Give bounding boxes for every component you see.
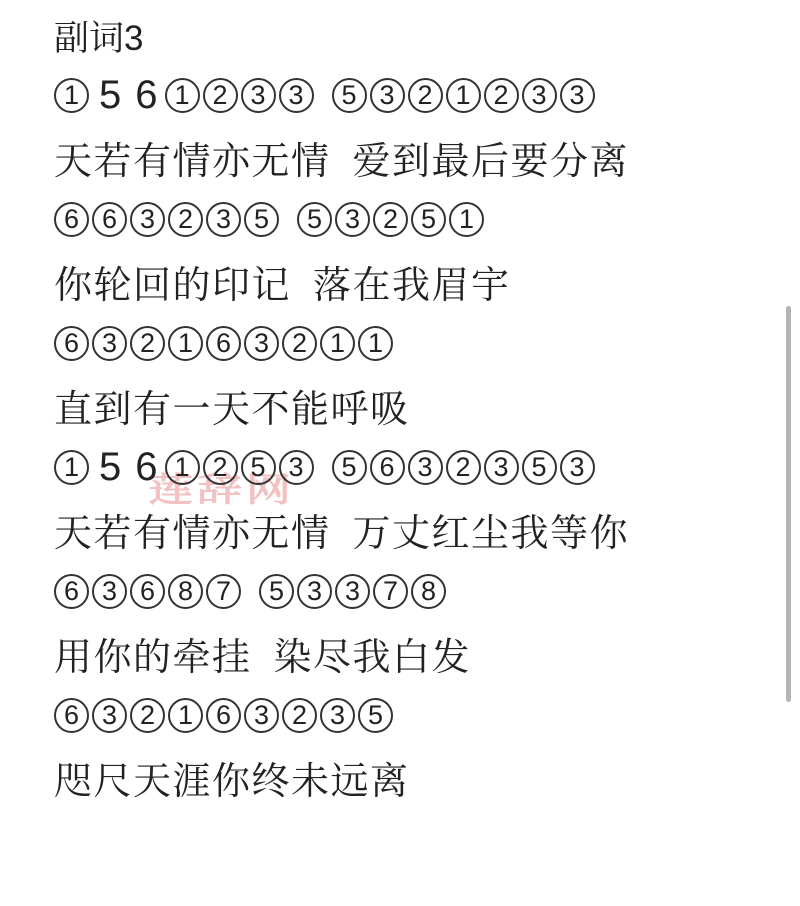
lyrics-line: 直到有一天不能呼吸 <box>54 374 800 436</box>
circled-note: 3 <box>279 78 314 113</box>
circled-note: 2 <box>282 326 317 361</box>
plain-note: 6 <box>135 75 157 115</box>
circled-note: 5 <box>332 450 367 485</box>
circled-note: 5 <box>358 698 393 733</box>
circled-note: 3 <box>335 574 370 609</box>
plain-note: 6 <box>135 447 157 487</box>
circled-note: 2 <box>282 698 317 733</box>
circled-note: 6 <box>370 450 405 485</box>
circled-note: 1 <box>165 78 200 113</box>
circled-note: 6 <box>54 698 89 733</box>
circled-note: 2 <box>130 698 165 733</box>
circled-note: 6 <box>130 574 165 609</box>
circled-note: 6 <box>92 202 127 237</box>
circled-note: 3 <box>244 326 279 361</box>
circled-note: 1 <box>320 326 355 361</box>
score-content: 副词3 15612335321233天若有情亦无情 爱到最后要分离6632355… <box>0 0 800 808</box>
plain-note: 5 <box>99 447 121 487</box>
circled-note: 1 <box>168 698 203 733</box>
circled-note: 5 <box>241 450 276 485</box>
notes-line: 632163235 <box>54 684 800 746</box>
notes-line: 15612535632353 <box>54 436 800 498</box>
circled-note: 6 <box>54 574 89 609</box>
notes-line: 66323553251 <box>54 188 800 250</box>
circled-note: 3 <box>335 202 370 237</box>
circled-note: 5 <box>522 450 557 485</box>
circled-note: 3 <box>484 450 519 485</box>
lyrics-line: 天若有情亦无情 爱到最后要分离 <box>54 126 800 188</box>
circled-note: 3 <box>522 78 557 113</box>
circled-note: 1 <box>168 326 203 361</box>
plain-note: 5 <box>99 75 121 115</box>
circled-note: 3 <box>206 202 241 237</box>
sheet-music-page: 莲辞网 副词3 15612335321233天若有情亦无情 爱到最后要分离663… <box>0 0 800 906</box>
lyrics-line: 咫尺天涯你终未远离 <box>54 746 800 808</box>
circled-note: 3 <box>92 698 127 733</box>
circled-note: 3 <box>279 450 314 485</box>
circled-note: 8 <box>168 574 203 609</box>
score-lines: 15612335321233天若有情亦无情 爱到最后要分离66323553251… <box>54 64 800 808</box>
circled-note: 3 <box>560 450 595 485</box>
circled-note: 3 <box>92 326 127 361</box>
circled-note: 3 <box>320 698 355 733</box>
circled-note: 2 <box>203 78 238 113</box>
circled-note: 2 <box>446 450 481 485</box>
circled-note: 1 <box>165 450 200 485</box>
circled-note: 2 <box>168 202 203 237</box>
circled-note: 1 <box>446 78 481 113</box>
circled-note: 5 <box>332 78 367 113</box>
circled-note: 7 <box>373 574 408 609</box>
circled-note: 3 <box>241 78 276 113</box>
scrollbar-thumb[interactable] <box>786 306 791 702</box>
lyrics-line: 天若有情亦无情 万丈红尘我等你 <box>54 498 800 560</box>
circled-note: 6 <box>206 326 241 361</box>
circled-note: 3 <box>130 202 165 237</box>
notes-line: 6368753378 <box>54 560 800 622</box>
circled-note: 1 <box>54 78 89 113</box>
circled-note: 6 <box>206 698 241 733</box>
circled-note: 1 <box>449 202 484 237</box>
circled-note: 3 <box>244 698 279 733</box>
notes-line: 15612335321233 <box>54 64 800 126</box>
circled-note: 2 <box>130 326 165 361</box>
circled-note: 7 <box>206 574 241 609</box>
lyrics-line: 你轮回的印记 落在我眉宇 <box>54 250 800 312</box>
circled-note: 3 <box>560 78 595 113</box>
circled-note: 5 <box>297 202 332 237</box>
circled-note: 1 <box>54 450 89 485</box>
circled-note: 5 <box>411 202 446 237</box>
circled-note: 1 <box>358 326 393 361</box>
circled-note: 2 <box>408 78 443 113</box>
circled-note: 2 <box>203 450 238 485</box>
circled-note: 3 <box>370 78 405 113</box>
lyrics-line: 用你的牵挂 染尽我白发 <box>54 622 800 684</box>
circled-note: 2 <box>484 78 519 113</box>
circled-note: 6 <box>54 202 89 237</box>
circled-note: 5 <box>259 574 294 609</box>
circled-note: 6 <box>54 326 89 361</box>
page-title: 副词3 <box>54 8 800 64</box>
circled-note: 5 <box>244 202 279 237</box>
circled-note: 3 <box>92 574 127 609</box>
circled-note: 3 <box>297 574 332 609</box>
notes-line: 632163211 <box>54 312 800 374</box>
circled-note: 3 <box>408 450 443 485</box>
circled-note: 8 <box>411 574 446 609</box>
circled-note: 2 <box>373 202 408 237</box>
